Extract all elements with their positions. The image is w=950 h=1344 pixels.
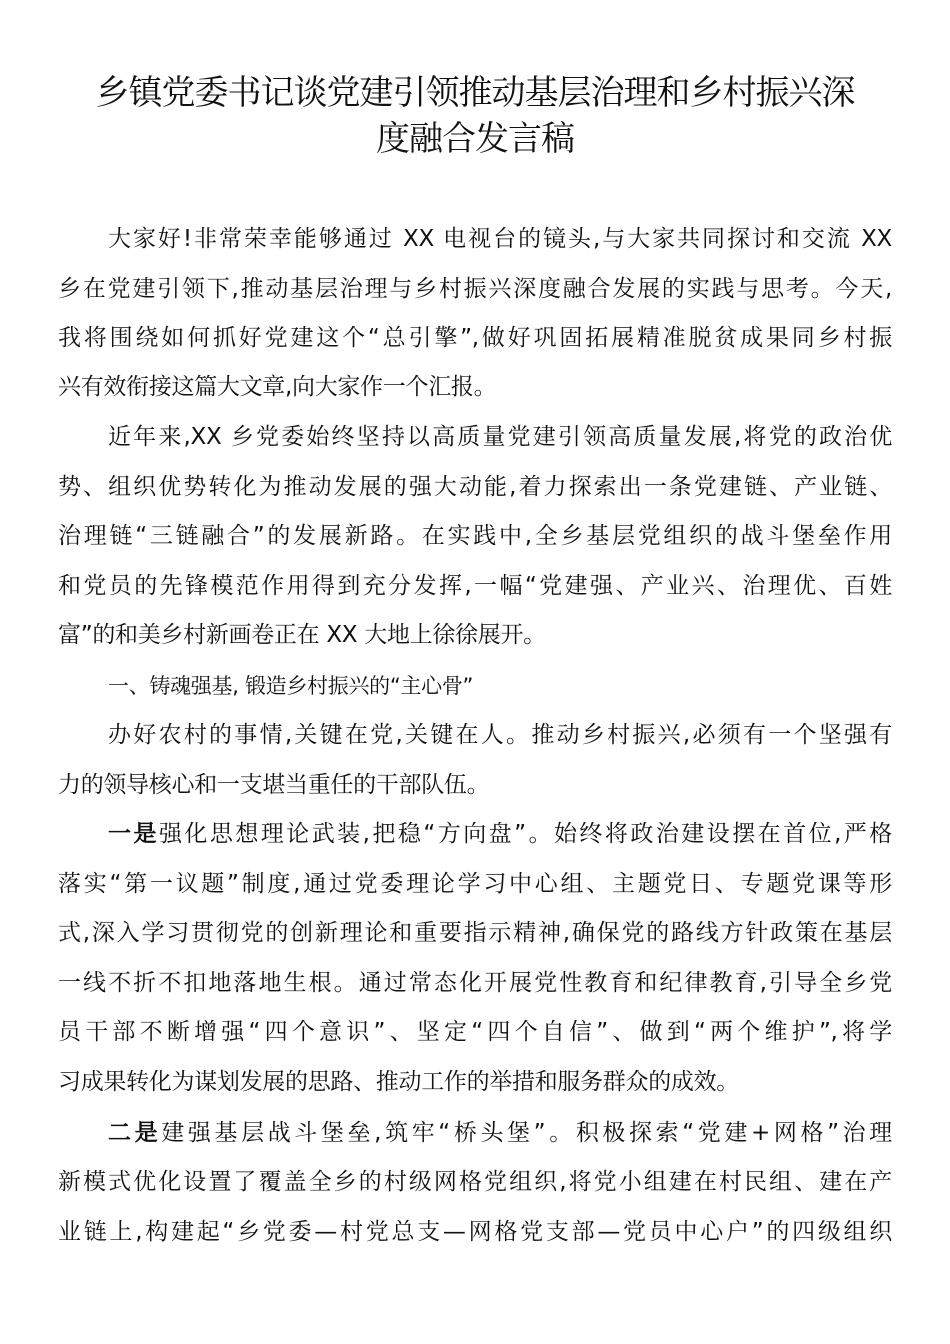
bold-lead: 一是	[108, 821, 159, 847]
text-line: 大家好!非常荣幸能够通过 XX 电视台的镜头,与大家共同探讨和交流 XX	[108, 224, 892, 254]
text-line: 近年来,XX 乡党委始终坚持以高质量党建引领高质量发展,将党的政治优	[108, 422, 892, 452]
text-span: 建强基层战斗堡垒,筑牢“桥头堡”。积极探索“党建+网格”治理	[161, 1120, 892, 1146]
text-line: 富”的和美乡村新画卷正在 XX 大地上徐徐展开。	[58, 620, 892, 650]
text-line: 乡在党建引领下,推动基层治理与乡村振兴深度融合发展的实践与思考。今天,	[58, 274, 892, 304]
text-line: 和党员的先锋模范作用得到充分发挥,一幅“党建强、产业兴、治理优、百姓	[58, 571, 892, 601]
text-line: 二是建强基层战斗堡垒,筑牢“桥头堡”。积极探索“党建+网格”治理	[108, 1118, 892, 1148]
text-line: 力的领导核心和一支堪当重任的干部队伍。	[58, 770, 892, 800]
text-line: 新模式优化设置了覆盖全乡的村级网格党组织,将党小组建在村民组、建在产	[58, 1167, 892, 1197]
text-span: 强化思想理论武装,把稳“方向盘”。始终将政治建设摆在首位,严格	[159, 821, 892, 847]
document-title-line-2: 度融合发言稿	[40, 116, 910, 162]
text-line: 势、组织优势转化为推动发展的强大动能,着力探索出一条党建链、产业链、	[58, 472, 892, 502]
text-line: 业链上,构建起“乡党委—村党总支—网格党支部—党员中心户”的四级组织	[58, 1217, 892, 1247]
text-line: 落实“第一议题”制度,通过党委理论学习中心组、主题党日、专题党课等形	[58, 869, 892, 899]
document-page: 乡镇党委书记谈党建引领推动基层治理和乡村振兴深 度融合发言稿 大家好!非常荣幸能…	[0, 0, 950, 1344]
text-line: 习成果转化为谋划发展的思路、推动工作的举措和服务群众的成效。	[58, 1067, 892, 1097]
document-title-line-1: 乡镇党委书记谈党建引领推动基层治理和乡村振兴深	[40, 70, 910, 116]
bold-lead: 二是	[108, 1120, 161, 1146]
text-line: 式,深入学习贯彻党的创新理论和重要指示精神,确保党的路线方针政策在基层	[58, 918, 892, 948]
text-line: 兴有效衔接这篇大文章,向大家作一个汇报。	[58, 372, 892, 402]
text-line: 一线不折不扣地落地生根。通过常态化开展党性教育和纪律教育,引导全乡党	[58, 968, 892, 998]
text-line: 一是强化思想理论武装,把稳“方向盘”。始终将政治建设摆在首位,严格	[108, 819, 892, 849]
text-line: 办好农村的事情,关键在党,关键在人。推动乡村振兴,必须有一个坚强有	[108, 720, 892, 750]
text-line: 我将围绕如何抓好党建这个“总引擎”,做好巩固拓展精准脱贫成果同乡村振	[58, 323, 892, 353]
text-line: 员干部不断增强“四个意识”、坚定“四个自信”、做到“两个维护”,将学	[58, 1017, 892, 1047]
section-heading-1: 一、铸魂强基, 锻造乡村振兴的“主心骨”	[108, 671, 892, 701]
text-line: 治理链“三链融合”的发展新路。在实践中,全乡基层党组织的战斗堡垒作用	[58, 521, 892, 551]
